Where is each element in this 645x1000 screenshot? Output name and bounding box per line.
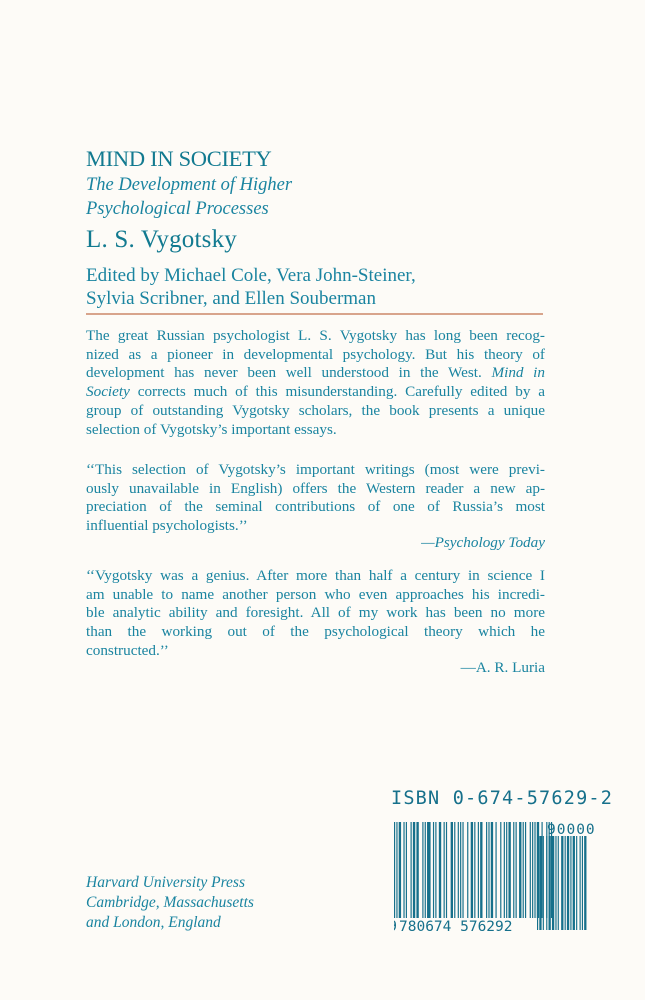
quote-line: influential psychologists.’’ <box>86 517 545 536</box>
description-line: The great Russian psychologist L. S. Vyg… <box>86 327 545 346</box>
description-line: Society corrects much of this misunderst… <box>86 383 545 402</box>
quote-line: ously unavailable in English) offers the… <box>86 480 545 499</box>
description-line: group of outstanding Vygotsky scholars, … <box>86 402 545 421</box>
description-line: nized as a pioneer in developmental psyc… <box>86 346 545 365</box>
quote-line: ble analytic ability and foresight. All … <box>86 604 545 623</box>
isbn-barcode: 9780674 57629290000 <box>394 822 599 932</box>
quote-line: constructed.’’ <box>86 642 545 661</box>
editors-line-2: Sylvia Scribner, and Ellen Souberman <box>86 288 376 310</box>
publisher-block: Harvard University Press Cambridge, Mass… <box>86 873 254 933</box>
publisher-name: Harvard University Press <box>86 873 254 893</box>
editors-line-1: Edited by Michael Cole, Vera John-Steine… <box>86 265 416 287</box>
quote-line: than the working out of the psychologica… <box>86 623 545 642</box>
divider-rule <box>86 313 543 315</box>
quote-line: ‘‘This selection of Vygotsky’s important… <box>86 461 545 480</box>
book-subtitle-line-1: The Development of Higher <box>86 175 292 196</box>
quote-line: ‘‘Vygotsky was a genius. After more than… <box>86 567 545 586</box>
description-paragraph: The great Russian psychologist L. S. Vyg… <box>86 327 545 439</box>
quote-attribution: —A. R. Luria <box>461 659 545 677</box>
quote-line: preciation of the seminal contributions … <box>86 498 545 517</box>
quote-attribution: —Psychology Today <box>421 534 545 552</box>
quote-line: am unable to name another person who eve… <box>86 586 545 605</box>
publisher-city: Cambridge, Massachusetts <box>86 893 254 913</box>
isbn-label: ISBN 0-674-57629-2 <box>391 788 613 809</box>
svg-text:780674 576292: 780674 576292 <box>399 919 513 934</box>
description-line: selection of Vygotsky’s important essays… <box>86 421 545 440</box>
book-subtitle-line-2: Psychological Processes <box>86 199 269 220</box>
book-title: MIND IN SOCIETY <box>86 146 272 172</box>
svg-text:90000: 90000 <box>547 822 596 838</box>
quote-luria: ‘‘Vygotsky was a genius. After more than… <box>86 567 545 661</box>
book-author: L. S. Vygotsky <box>86 226 237 254</box>
svg-text:9: 9 <box>394 917 397 934</box>
description-line: development has never been well understo… <box>86 364 545 383</box>
publisher-city-2: and London, England <box>86 913 254 933</box>
quote-psychology-today: ‘‘This selection of Vygotsky’s important… <box>86 461 545 536</box>
